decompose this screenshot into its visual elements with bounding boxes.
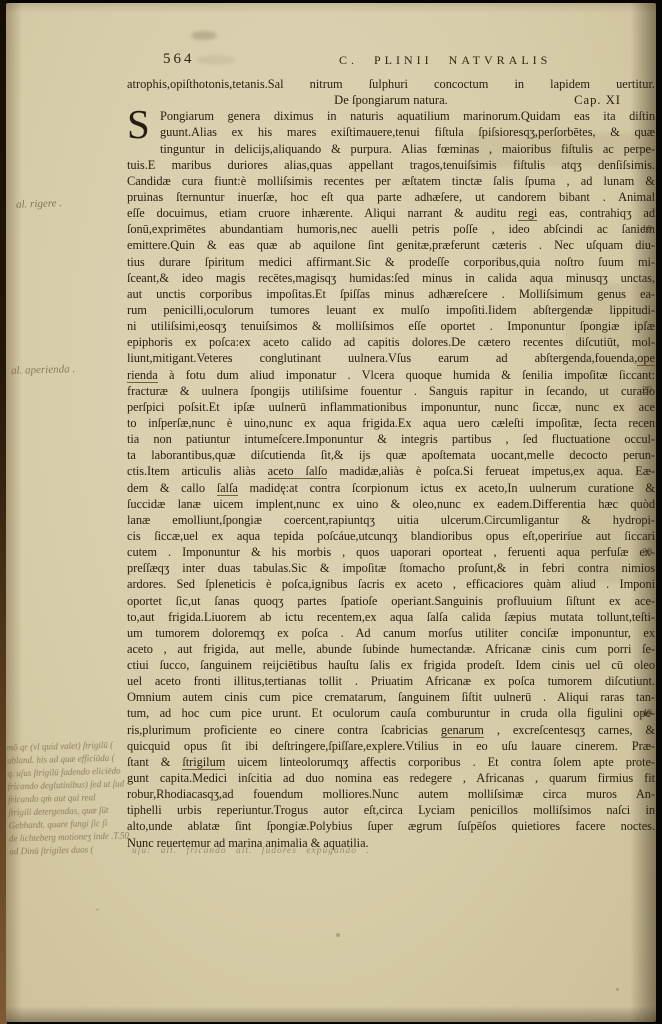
text-line: rienda à fotu dum aliud imponatur . Vlce… <box>127 367 655 383</box>
text-column: 564 C. PLINII NATVRALIS atrophis,opiſtho… <box>127 49 655 851</box>
handwritten-notes-block: mō qr (vl quid valet) ſtrigilū (ubland. … <box>6 738 129 858</box>
foxing-spot <box>336 933 340 937</box>
chapter-title: De ſpongiarum natura. <box>334 93 448 107</box>
intro-line: atrophis,opiſthotonis,tetanis.Sal nitrum… <box>127 76 655 92</box>
text-line: alto,unde ablatæ ſint ſpongiæ.Polybius ſ… <box>127 818 655 834</box>
body-text: S Pongiarum genera diximus in naturis aq… <box>127 108 655 850</box>
text-line: tia non patiuntur intumeſcere.Imponuntur… <box>127 431 655 447</box>
text-line: fracturæ & uulnera ſpongijs utiliſsime f… <box>127 383 655 399</box>
handwritten-interlinear-note: uſu: alt. fricando alt. ſudores expūgand… <box>132 846 572 856</box>
running-header: C. PLINII NATVRALIS <box>339 53 551 68</box>
text-line: ſuccidæ lanæ uicem implent,nunc ex uino … <box>127 496 655 512</box>
text-line: gunt capita.Medici inſcitia ad duo nomin… <box>127 770 655 786</box>
pencil-smudge <box>191 31 217 40</box>
foxing-spot <box>96 908 99 911</box>
text-line: ſtant & ſtrigilum uicem linteolorumqʒ af… <box>127 754 655 770</box>
text-line: eſſe docuimus, etiam cruore inhærente. A… <box>127 205 655 221</box>
text-line: tuis.E maribus duriores alias,quas appel… <box>127 157 655 173</box>
text-line: guunt.Alias ex his mares exiſtimauere,te… <box>160 124 655 140</box>
book-scan: 564 C. PLINII NATVRALIS atrophis,opiſtho… <box>0 0 662 1024</box>
chapter-heading: De ſpongiarum natura. Cap. XI <box>127 92 655 108</box>
text-line: ni utiliſsimi,eosqʒ tenuiſsimos & molliſ… <box>127 318 655 334</box>
text-line: aut unctis corporibus impoſitas.Et ſpiſſ… <box>127 286 655 302</box>
margin-line-number-30: 30 <box>642 547 660 558</box>
text-line: Candidæ cura fiunt:è molliſsimis recente… <box>127 173 655 189</box>
text-line: dem & callo ſalſa madidę:at contra ſcorp… <box>127 480 655 496</box>
text-line: ctis.Item articulis aliàs aceto ſalſo ma… <box>127 463 655 479</box>
text-line: ta laborantibus,quæ diſcutienda ſit,& ij… <box>127 447 655 463</box>
margin-line-number-10: 10 <box>642 224 660 235</box>
foxing-spot <box>616 988 619 991</box>
text-line: lanæ emolliunt,ſpongiæ coercent,rapiuntq… <box>127 512 655 528</box>
text-line: cutem . Imponuntur & his morbis , quos u… <box>127 544 655 560</box>
text-line: oportet ſic,ut ſanas quoqʒ partes ſpatio… <box>127 593 655 609</box>
text-line: ſonū,exprimētes abundantiam humoris,nec … <box>127 221 655 237</box>
text-line: tiphelli urbis reperiuntur.Trogus autor … <box>127 802 655 818</box>
text-line: to inſperſæ,nunc è uino,nunc ex aqua fri… <box>127 415 655 431</box>
chapter-number: Cap. XI <box>574 92 621 108</box>
text-line: robur,Rhodiacasqʒ,ad fouendum molliores.… <box>127 786 655 802</box>
margin-line-number-20: 20 <box>642 385 660 396</box>
margin-note-rigere: al. rigere . <box>16 197 62 211</box>
text-line: quicquid opus ſit ibi deſtringere,ſpiſſa… <box>127 738 655 754</box>
text-line: rum penicilli,oculorum tumores leuant ex… <box>127 302 655 318</box>
text-line: tinguntur in delicijs,aliquando & purpur… <box>160 141 655 157</box>
drop-cap: S <box>127 108 160 140</box>
text-line: preſſæqʒ inter duas tabulas.Sic & impoſi… <box>127 560 655 576</box>
text-line: Pongiarum genera diximus in naturis aqua… <box>160 108 655 124</box>
text-line: epiphoris ex poſca:ex aceto calido ad ca… <box>127 334 655 350</box>
page-number: 564 <box>163 51 195 68</box>
text-line: aceto , aut frigida, aut melle, abunde ſ… <box>127 641 655 657</box>
text-line: ardores. Sed ſpleneticis è poſca,ignibus… <box>127 576 655 592</box>
margin-note-aperienda: al. aperienda . <box>11 363 75 377</box>
text-line: liunt,mitigant.Veteres conglutinant uuln… <box>127 350 655 366</box>
text-line: cis ſiccæ,uel ex aqua tepida poſcáue,utc… <box>127 528 655 544</box>
margin-line-number-40: 40 <box>642 708 660 719</box>
text-line: ſceant,& ideo magis recētes,magisqʒ humi… <box>127 270 655 286</box>
text-line: tum, ad hoc cum pice urunt. Et oculorum … <box>127 705 655 721</box>
text-line: emittere.Quin & eas quæ ab aquilone ſint… <box>127 237 655 253</box>
text-line: perſpici poſsit.Et ipſæ uulnerū inflamma… <box>127 399 655 415</box>
text-line: to,aut frigida.Liuorem ab ictu recentem,… <box>127 609 655 625</box>
text-line: tius durare ſpiritum medici affirmant.Si… <box>127 254 655 270</box>
text-line: ris,plurimum proficiente eo cinere contr… <box>127 722 655 738</box>
text-line: um tumorem doloremqʒ ex poſca . Ad canum… <box>127 625 655 641</box>
text-line: pruinas ſternuntur inuerſæ, hoc eſt qua … <box>127 189 655 205</box>
page-header: 564 C. PLINII NATVRALIS <box>127 49 655 71</box>
text-line: uel aceto fronti illitus,tertianas tolli… <box>127 673 655 689</box>
text-line: ctiui ſucco, ſanguinem reijciētibus hauſ… <box>127 657 655 673</box>
text-line: Omnium autem cinis cum pice crematarum, … <box>127 689 655 705</box>
